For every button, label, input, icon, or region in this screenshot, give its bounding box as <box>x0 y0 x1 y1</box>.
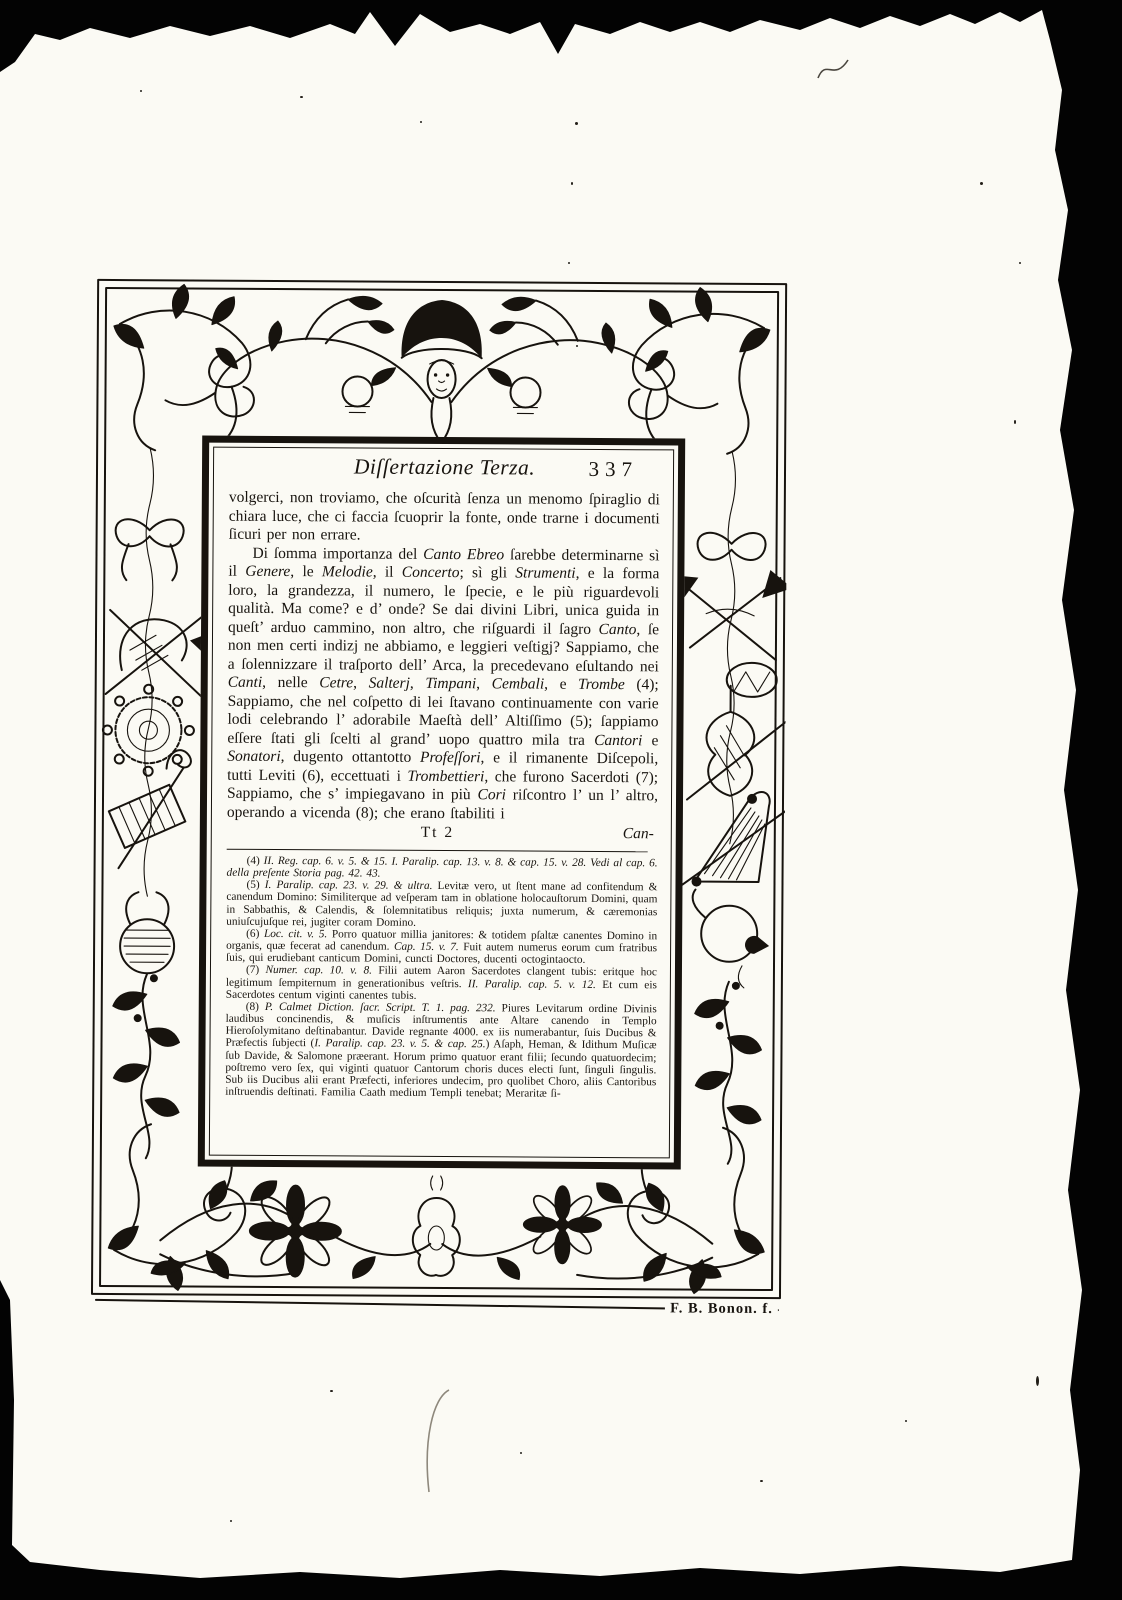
footnote: (8) P. Calmet Diction. ſacr. Script. T. … <box>225 1001 657 1101</box>
bottom-cartouche-icon <box>413 1176 461 1276</box>
scan-speck <box>420 121 422 123</box>
ribbon-bow-icon <box>697 533 765 560</box>
text-frame: Diſſertazione Terza. 337 volgerci, non t… <box>198 436 685 1170</box>
scanned-book-page: Diſſertazione Terza. 337 volgerci, non t… <box>0 0 1122 1600</box>
footnote: (6) Loc. cit. v. 5. Porro quatuor millia… <box>226 928 657 967</box>
rosette-icon <box>523 1185 602 1264</box>
scan-speck <box>760 1480 763 1482</box>
trumpet-icon <box>674 569 788 660</box>
footnote: (7) Numer. cap. 10. v. 8. Filii autem Aa… <box>226 964 657 1003</box>
scan-speck <box>1019 262 1021 264</box>
footnote-rule <box>227 849 648 853</box>
scan-speck <box>905 1420 907 1422</box>
scan-speck <box>230 1520 232 1522</box>
hunting-horn-icon <box>692 890 769 988</box>
footnote: (4) II. Reg. cap. 6. v. 5. & 15. I. Para… <box>227 855 658 882</box>
body-paragraph: volgerci, non troviamo, che oſcurità ſen… <box>229 489 660 547</box>
scan-speck <box>568 262 570 264</box>
floral-vine-icon <box>694 982 762 1164</box>
scan-speck <box>1014 420 1016 424</box>
body-paragraphs: volgerci, non troviamo, che oſcurità ſen… <box>227 489 660 825</box>
engraved-plate: Diſſertazione Terza. 337 volgerci, non t… <box>90 278 788 1324</box>
pencil-arc <box>415 1380 475 1500</box>
ink-mark <box>1036 1376 1039 1386</box>
engraver-signature: F. B. Bonon. f. <box>665 1300 778 1318</box>
footnotes: (4) II. Reg. cap. 6. v. 5. & 15. I. Para… <box>225 855 657 1101</box>
ribbon-bow-icon <box>115 519 183 580</box>
drum-icon <box>727 663 777 697</box>
footnote: (5) I. Paralip. cap. 23. v. 29. & ultra.… <box>226 879 657 930</box>
text-area: Diſſertazione Terza. 337 volgerci, non t… <box>209 447 674 1159</box>
pencil-squiggle <box>812 48 856 88</box>
scan-speck <box>330 1390 333 1392</box>
scan-speck <box>300 96 303 98</box>
scan-speck <box>575 122 578 125</box>
signature-line: Tt 2 Can- <box>227 822 658 844</box>
viol-icon <box>687 686 786 801</box>
gathering-mark: Tt 2 <box>421 823 455 842</box>
catchword: Can- <box>623 824 658 843</box>
rosette-icon <box>249 1185 342 1278</box>
right-instrument-trophy <box>671 451 788 1164</box>
scan-speck <box>140 90 142 92</box>
body-paragraph: Di ſomma importanza del Canto Ebreo ſare… <box>227 544 660 824</box>
chapter-title: Diſſertazione Terza. <box>354 454 535 479</box>
page-header: Diſſertazione Terza. 337 <box>229 454 660 485</box>
lyre-icon <box>120 892 174 973</box>
scan-speck <box>520 1452 522 1454</box>
floral-vine-icon <box>112 974 180 1158</box>
acanthus-scroll-icon <box>165 295 432 418</box>
scan-speck <box>980 182 983 185</box>
page-number: 337 <box>588 457 638 482</box>
scan-speck <box>571 182 573 185</box>
